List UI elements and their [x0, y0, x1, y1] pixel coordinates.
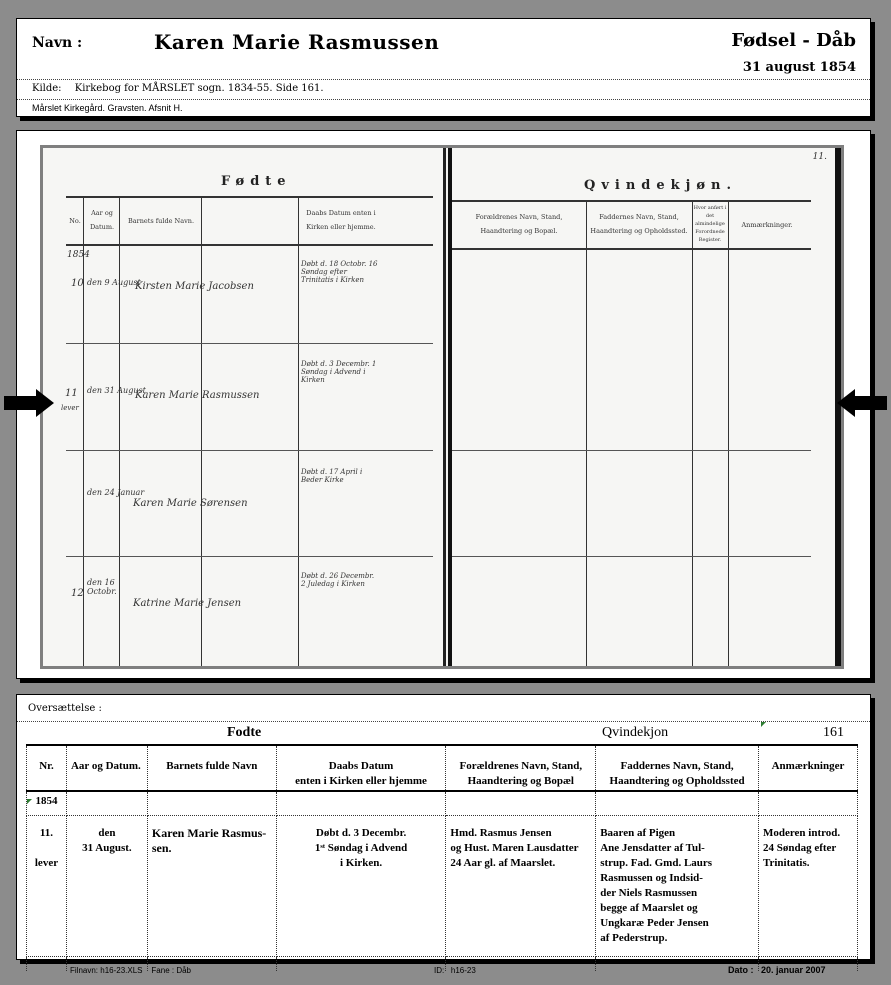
col-header-baptism: Daabs Datum enten i Kirken eller hjemme: [276, 745, 446, 791]
col-header-date: Aar og Datum.: [66, 745, 147, 791]
col-header-parents: Forældrenes Navn, Stand, Haandtering og …: [446, 745, 596, 791]
translation-page-number: 161: [823, 725, 844, 741]
year-cell: 1854: [27, 791, 67, 816]
translation-panel: Oversættelse : Fodte Qvindekjon 161 Nr. …: [16, 694, 871, 960]
grave-text: Mårslet Kirkegård. Gravsten. Afsnit H.: [32, 103, 183, 113]
scan-row-date: den 16 Octobr.: [87, 578, 121, 596]
translation-label: Oversættelse :: [28, 703, 102, 714]
comment-marker-icon[interactable]: [761, 722, 766, 727]
scan-col-remarks: Anmærkninger.: [732, 218, 802, 232]
table-row: 11. lever den 31 August. Karen Marie Ras…: [27, 816, 858, 957]
table-row: 1854: [27, 791, 858, 816]
entry-godparents: Baaren af Pigen Ane Jensdatter af Tul- s…: [596, 816, 759, 957]
scan-row-date: den 24 Januar: [87, 488, 144, 497]
entry-nr: 11. lever: [27, 816, 67, 957]
entry-baptism: Døbt d. 3 Decembr. 1ˢᵗ Søndag i Advend i…: [276, 816, 446, 957]
scan-left-title: Fødte: [221, 174, 292, 189]
name-label: Navn :: [32, 35, 82, 51]
footer-filename: Filnavn: h16-23.XLS Fane : Dåb: [70, 966, 191, 975]
scan-row-name: Katrine Marie Jensen: [133, 598, 241, 609]
translation-table: Nr. Aar og Datum. Barnets fulde Navn Daa…: [26, 744, 858, 971]
scan-col-baptism: Daabs Datum enten i Kirken eller hjemme.: [301, 206, 381, 234]
scan-col-godparents: Faddernes Navn, Stand, Haandtering og Op…: [588, 210, 690, 238]
entry-date: den 31 August.: [66, 816, 147, 957]
scan-year: 1854: [67, 250, 90, 260]
source-line: Kilde: Kirkebog for MÅRSLET sogn. 1834-5…: [32, 83, 324, 94]
scan-page-number: 11.: [813, 152, 827, 162]
scan-right-page: Qvindekjøn. 11. Forældrenes Navn, Stand,…: [448, 148, 841, 666]
divider: [17, 99, 870, 100]
scan-col-nr: No.: [67, 214, 83, 228]
scan-row-name: Kirsten Marie Jacobsen: [135, 281, 254, 292]
footer-id: ID: h16-23: [434, 966, 476, 975]
record-type: Fødsel - Dåb: [731, 30, 856, 51]
scan-row-baptism: Døbt d. 3 Decembr. 1 Søndag i Advend i K…: [301, 360, 379, 384]
scan-right-title: Qvindekjøn.: [584, 178, 737, 193]
person-name: Karen Marie Rasmussen: [154, 30, 439, 54]
scan-col-date: Aar og Datum.: [85, 206, 119, 234]
scan-row-baptism: Døbt d. 18 Octobr. 16 Søndag efter Trini…: [301, 260, 379, 284]
scan-row-nr: 12: [71, 588, 84, 599]
entry-remarks: Moderen introd. 24 Søndag efter Trinitat…: [758, 816, 857, 957]
scan-col-register: Hvor anført i det almindelige Forordnede…: [693, 204, 727, 244]
scan-col-name: Barnets fulde Navn.: [123, 214, 199, 228]
source-label: Kilde:: [32, 83, 62, 94]
scan-row-name: Karen Marie Sørensen: [133, 498, 248, 509]
scan-row-nr: 11: [65, 388, 78, 399]
scan-panel: Fødte No. Aar og Datum. Barnets fulde Na…: [16, 130, 871, 679]
scan-image-frame: Fødte No. Aar og Datum. Barnets fulde Na…: [40, 145, 844, 669]
scan-row-nr: 10: [71, 278, 84, 289]
col-header-godparents: Faddernes Navn, Stand, Haandtering og Op…: [596, 745, 759, 791]
arrow-left-icon: [837, 389, 887, 417]
col-header-remarks: Anmærkninger: [758, 745, 857, 791]
source-text: Kirkebog for MÅRSLET sogn. 1834-55. Side…: [75, 83, 324, 94]
church-book-scan: Fødte No. Aar og Datum. Barnets fulde Na…: [43, 148, 841, 666]
translation-title-left: Fodte: [227, 725, 261, 741]
arrow-right-icon: [4, 389, 54, 417]
translation-title-right: Qvindekjon: [602, 725, 668, 741]
col-header-child-name: Barnets fulde Navn: [147, 745, 276, 791]
scan-row-baptism: Døbt d. 26 Decembr. 2 Juledag i Kirken: [301, 572, 379, 588]
col-header-nr: Nr.: [27, 745, 67, 791]
scan-row-date: den 9 August: [87, 278, 141, 287]
scan-left-page: Fødte No. Aar og Datum. Barnets fulde Na…: [43, 148, 446, 666]
scan-row-name: Karen Marie Rasmussen: [135, 390, 259, 401]
divider: [17, 79, 870, 80]
scan-col-parents: Forældrenes Navn, Stand, Haandtering og …: [454, 210, 584, 238]
header-panel: Navn : Karen Marie Rasmussen Fødsel - Då…: [16, 18, 871, 117]
footer-date: Dato : 20. januar 2007: [728, 965, 826, 975]
scan-row-status: lever: [61, 404, 79, 412]
record-date: 31 august 1854: [743, 60, 856, 75]
divider: [17, 721, 870, 722]
scan-row-baptism: Døbt d. 17 April i Beder Kirke: [301, 468, 379, 484]
entry-parents: Hmd. Rasmus Jensen og Hust. Maren Lausda…: [446, 816, 596, 957]
entry-child-name: Karen Marie Rasmus- sen.: [147, 816, 276, 957]
